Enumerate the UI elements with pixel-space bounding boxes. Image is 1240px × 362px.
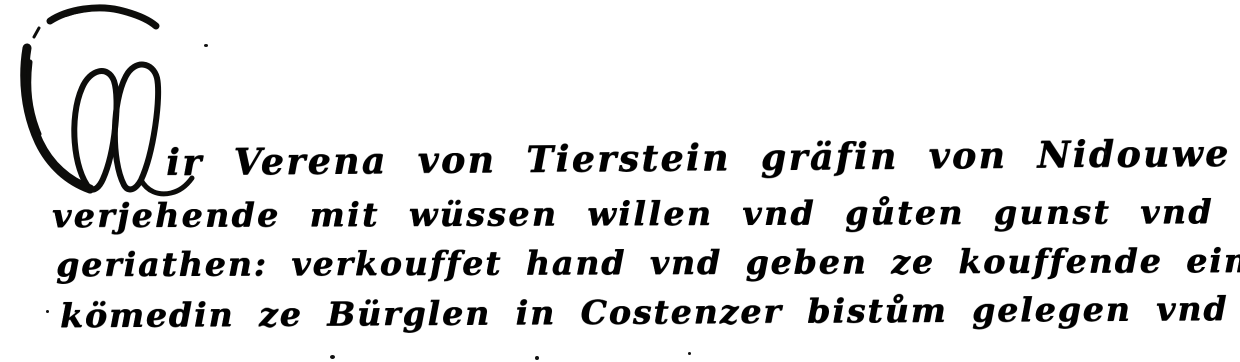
ink-speck xyxy=(330,355,335,359)
manuscript-page: W ir Verena von Tierstein gräfin von Nid… xyxy=(0,0,1240,362)
ink-speck xyxy=(535,356,539,360)
manuscript-line-1: ir Verena von Tierstein gräfin von Nidou… xyxy=(166,130,1240,184)
ink-speck xyxy=(46,310,49,313)
ink-speck xyxy=(619,167,623,171)
initial-letter: W xyxy=(0,0,1,1)
manuscript-line-2: verjehende mit wüssen willen vnd gůten g… xyxy=(52,191,1240,235)
manuscript-line-4: kömedin ze Bürglen in Costenzer bistům g… xyxy=(60,287,1240,335)
ink-speck xyxy=(1104,150,1107,155)
ink-speck xyxy=(688,352,691,355)
manuscript-line-3: geriathen: verkouffet hand vnd geben ze … xyxy=(56,240,1240,284)
ink-speck xyxy=(204,44,208,47)
